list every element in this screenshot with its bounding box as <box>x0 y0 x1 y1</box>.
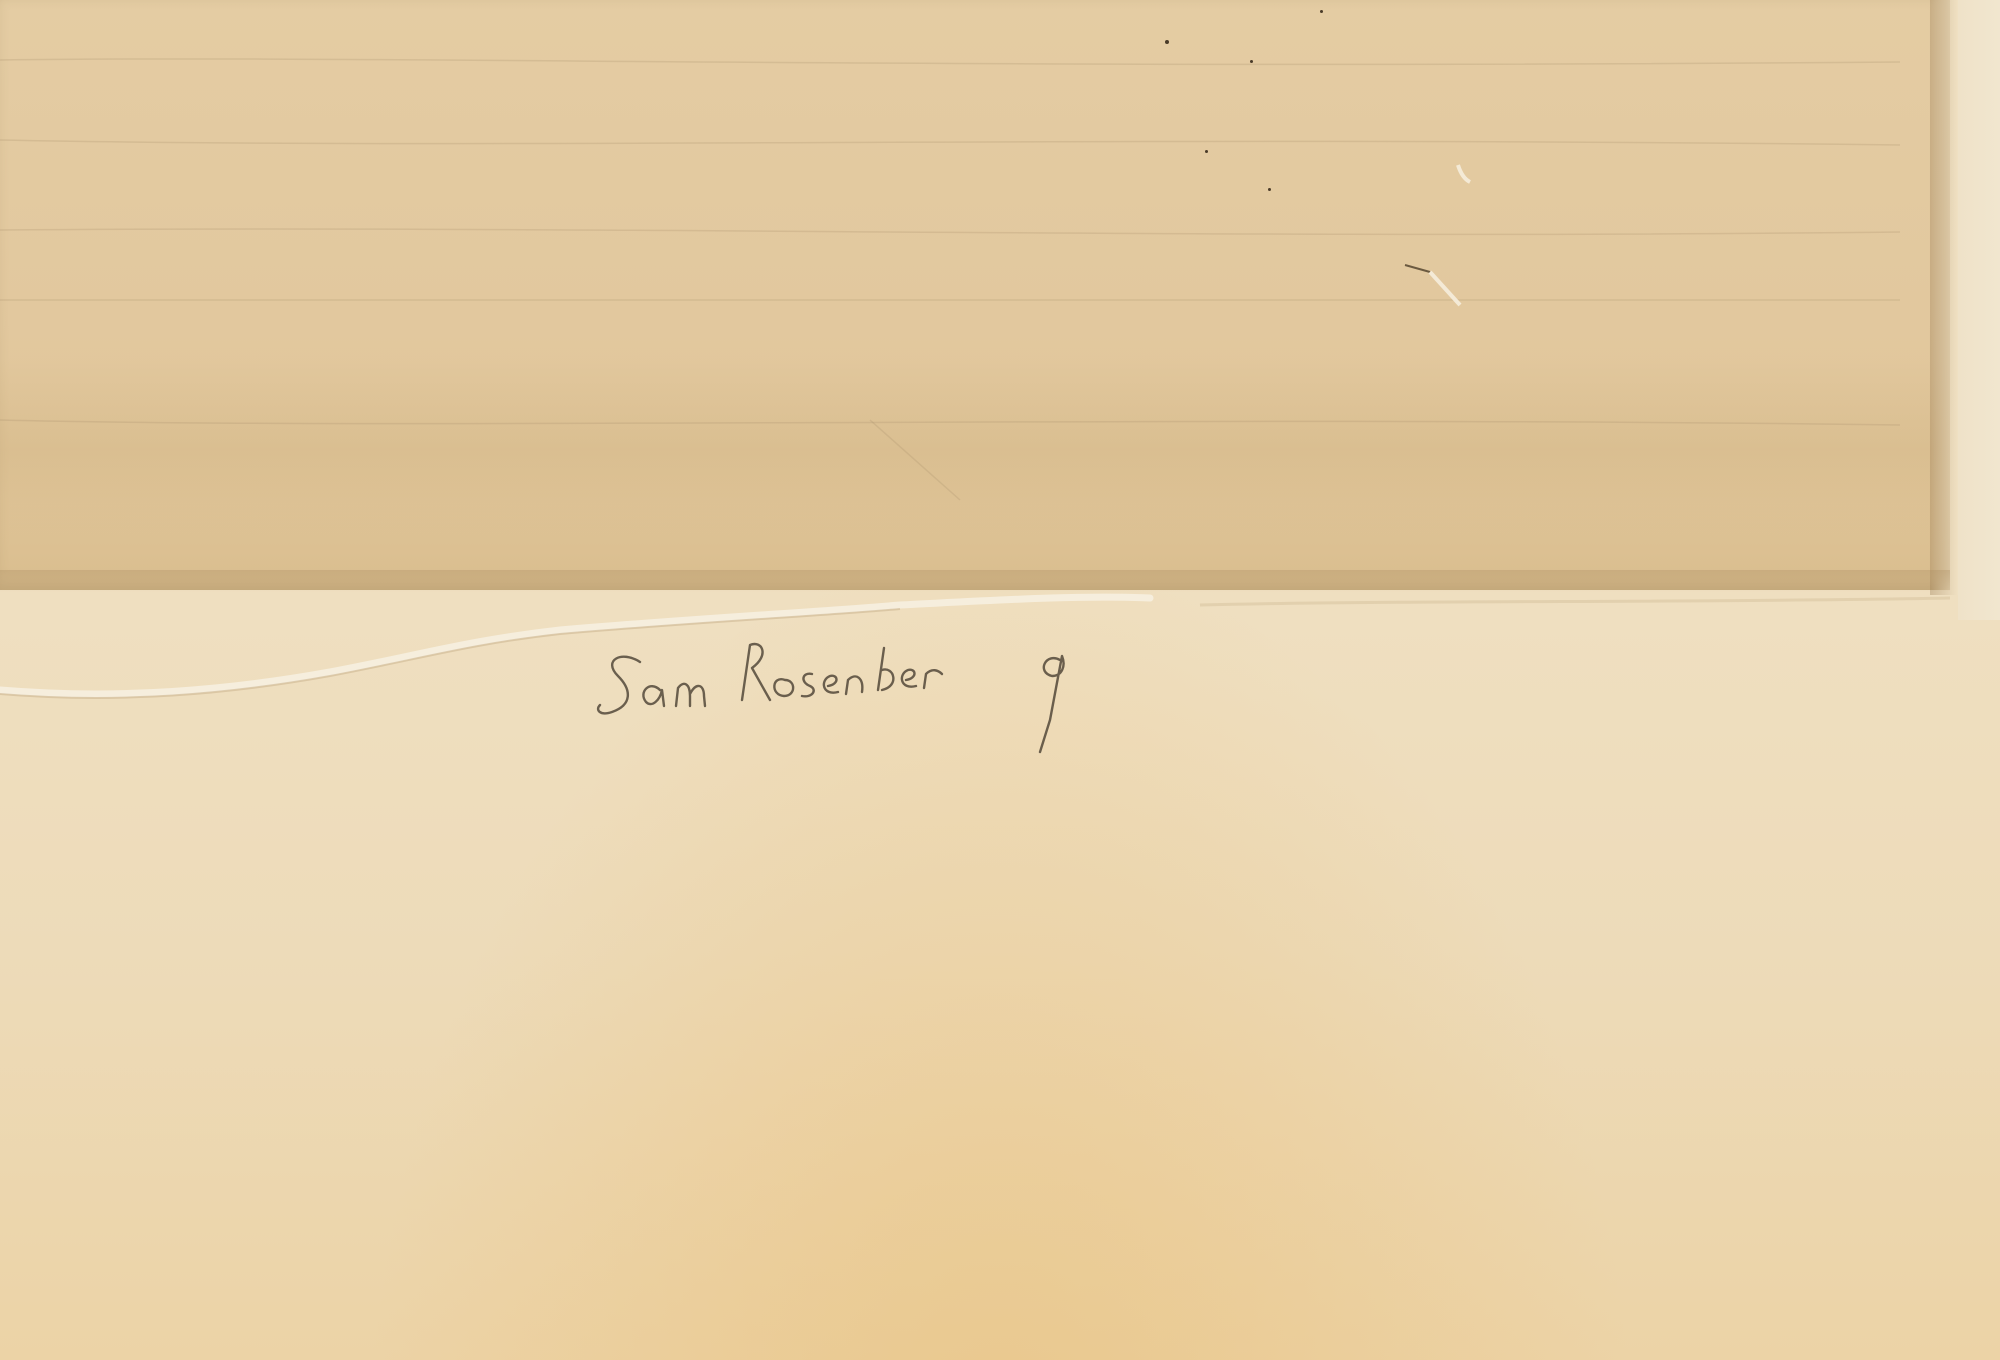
etched-lines <box>0 59 1900 500</box>
pencil-signature <box>598 644 1063 752</box>
artwork-overlay <box>0 0 2000 1360</box>
deckle-tear-line <box>0 597 1950 698</box>
